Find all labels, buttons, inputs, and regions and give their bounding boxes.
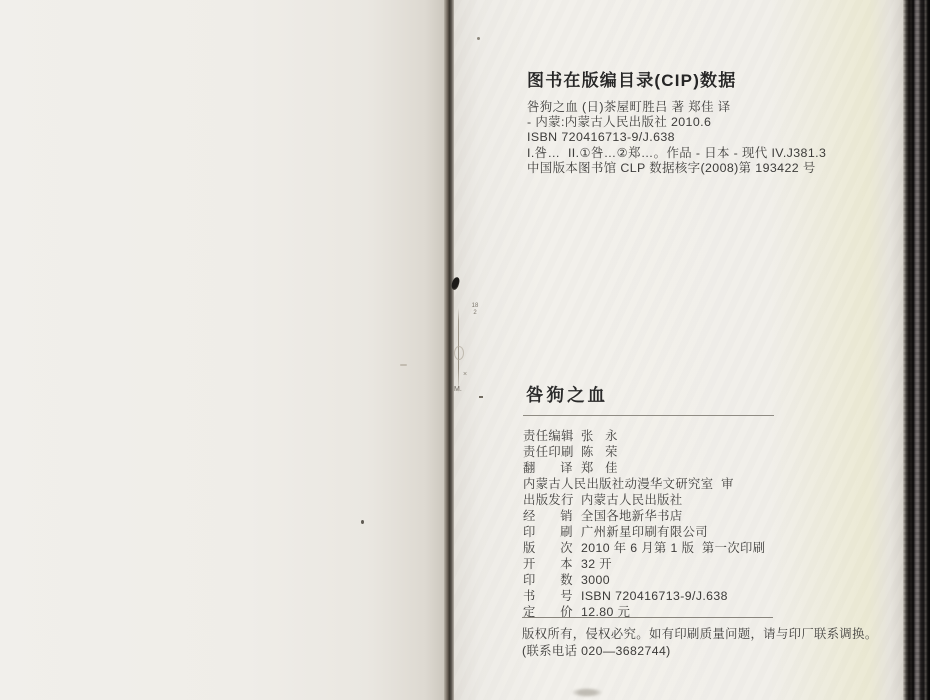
m-mark-artifact: M.	[454, 386, 462, 393]
credit-row-isbn: 书号ISBN 720416713-9/J.638	[523, 588, 774, 604]
gutter-page-number-artifact: 182	[471, 303, 479, 317]
credit-row-publisher: 出版发行内蒙古人民出版社	[523, 492, 774, 508]
credit-label: 翻译	[523, 460, 573, 476]
credit-row-edition: 版次2010 年 6 月第 1 版 第一次印刷	[523, 540, 774, 556]
notice-divider-rule	[522, 617, 773, 618]
credit-label: 责任印刷	[523, 444, 573, 460]
credit-value: 3000	[581, 573, 610, 587]
cip-line-classification: I.咎… II.①咎…②郑…。作品 - 日本 - 现代 IV.J381.3	[527, 146, 826, 161]
credit-value: 内蒙古人民出版社	[581, 493, 683, 507]
paper-speck	[400, 364, 407, 366]
credit-value: 郑 佳	[581, 461, 618, 475]
paper-speck	[477, 37, 480, 40]
scanned-book-spread: 图书在版编目录(CIP)数据 咎狗之血 (日)茶屋町胜吕 著 郑佳 译 - 内蒙…	[0, 0, 930, 700]
credit-label: 经销	[523, 508, 573, 524]
copyright-notice-block: 版权所有，侵权必究。如有印刷质量问题，请与印厂联系调换。 (联系电话 020—3…	[522, 617, 878, 659]
cip-data-block: 图书在版编目录(CIP)数据 咎狗之血 (日)茶屋町胜吕 著 郑佳 译 - 内蒙…	[527, 66, 826, 176]
credit-value: ISBN 720416713-9/J.638	[581, 589, 728, 603]
book-title: 咎狗之血	[526, 382, 774, 407]
credit-value: 张 永	[581, 429, 618, 443]
cip-line-registry: 中国版本图书馆 CLP 数据核字(2008)第 193422 号	[527, 161, 826, 176]
credit-label: 印数	[523, 572, 573, 588]
credit-label: 开本	[523, 556, 573, 572]
credit-label: 印刷	[523, 524, 573, 540]
bottom-smudge-artifact	[572, 688, 602, 697]
credit-row-format: 开本32 开	[523, 556, 774, 572]
credit-row-translator: 翻译郑 佳	[523, 460, 774, 476]
cip-line-isbn: ISBN 720416713-9/J.638	[527, 130, 826, 145]
paper-speck	[479, 396, 483, 398]
credit-value: 广州新星印刷有限公司	[581, 525, 708, 539]
loop-mark-artifact	[454, 346, 464, 360]
book-edge-scan-band	[903, 0, 930, 700]
copyright-warning-line: 版权所有，侵权必究。如有印刷质量问题，请与印厂联系调换。	[522, 626, 878, 643]
credit-row-print-company: 印刷广州新星印刷有限公司	[523, 524, 774, 540]
x-mark-artifact: ×	[463, 371, 467, 378]
colophon-block: 咎狗之血 责任编辑张 永 责任印刷陈 荣 翻译郑 佳 内蒙古人民出版社动漫华文研…	[523, 382, 774, 620]
title-divider-rule	[523, 415, 774, 416]
credit-value: 全国各地新华书店	[581, 509, 683, 523]
credits-list: 责任编辑张 永 责任印刷陈 荣 翻译郑 佳 内蒙古人民出版社动漫华文研究室 审 …	[523, 428, 774, 620]
credit-row-distributor: 经销全国各地新华书店	[523, 508, 774, 524]
credit-row-print-run: 印数3000	[523, 572, 774, 588]
credit-value: 2010 年 6 月第 1 版 第一次印刷	[581, 541, 765, 555]
credit-value: 陈 荣	[581, 445, 618, 459]
credit-value: 32 开	[581, 557, 612, 571]
credit-label: 书号	[523, 588, 573, 604]
credit-row-editor: 责任编辑张 永	[523, 428, 774, 444]
credit-label: 责任编辑	[523, 428, 573, 444]
credit-row-printer-editor: 责任印刷陈 荣	[523, 444, 774, 460]
left-blank-page	[0, 0, 448, 700]
credit-label: 出版发行	[523, 492, 573, 508]
contact-phone-line: (联系电话 020—3682744)	[522, 643, 878, 660]
credit-label: 版次	[523, 540, 573, 556]
cip-line-author: 咎狗之血 (日)茶屋町胜吕 著 郑佳 译	[527, 100, 826, 115]
cip-line-publisher: - 内蒙:内蒙古人民出版社 2010.6	[527, 115, 826, 130]
cip-title: 图书在版编目录(CIP)数据	[527, 66, 826, 91]
reviewer-line: 内蒙古人民出版社动漫华文研究室 审	[523, 476, 774, 492]
paper-speck	[361, 520, 364, 524]
